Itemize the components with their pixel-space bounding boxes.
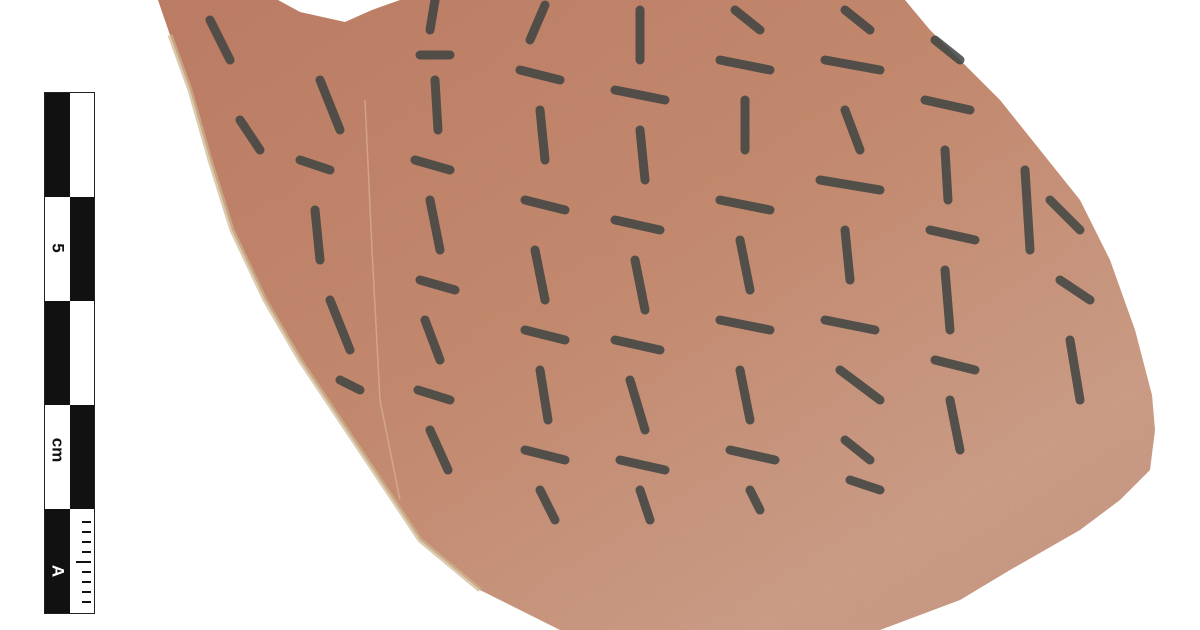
scale-number-label: 5 [48, 236, 68, 261]
photo-scene: 5 cm A [0, 0, 1200, 630]
scale-tick [82, 531, 91, 533]
scale-tick [82, 521, 91, 523]
scale-unit-label: cm [48, 438, 68, 463]
scale-marker-label: A [48, 559, 68, 584]
ostracon [0, 0, 1200, 630]
scale-tick [82, 581, 91, 583]
scale-tick [76, 561, 91, 563]
scale-bar: 5 cm A [44, 92, 95, 614]
scale-tick [82, 571, 91, 573]
scale-tick [82, 551, 91, 553]
scale-tick [82, 591, 91, 593]
scale-tick [82, 601, 91, 603]
scale-tick [82, 541, 91, 543]
